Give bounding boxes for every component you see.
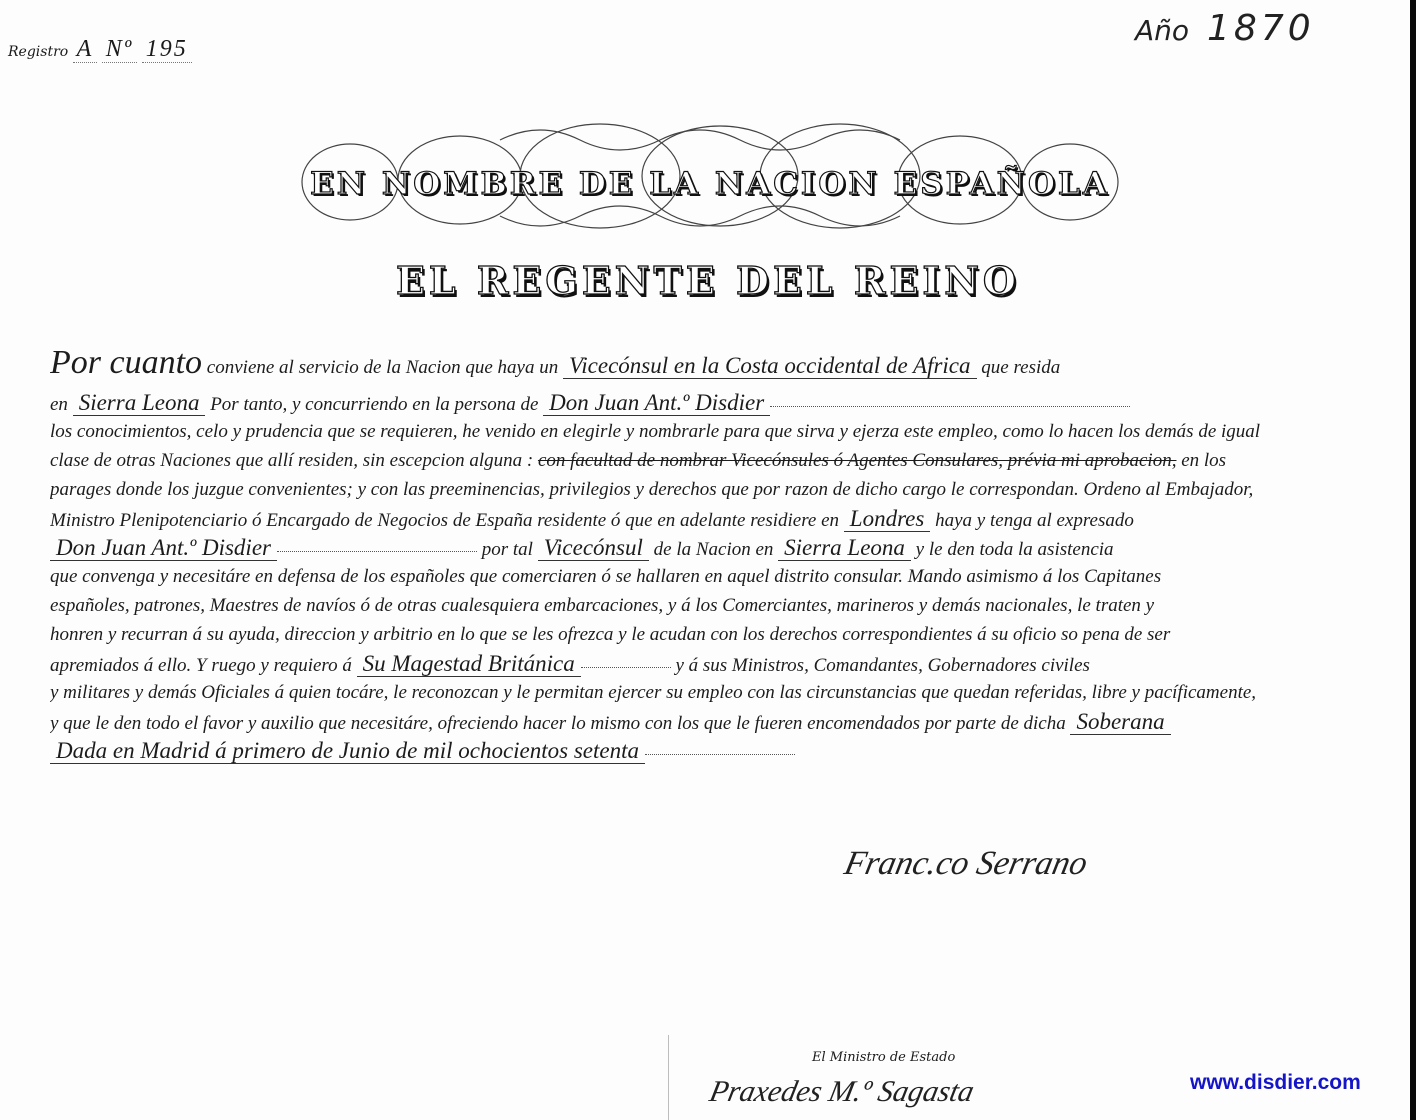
body-line: honren y recurran á su ayuda, direccion … — [50, 620, 1390, 649]
title-nation: EN NOMBRE DE LA NACION ESPAÑOLA — [300, 166, 1120, 202]
handwritten-fill: Don Juan Ant.º Disdier — [543, 390, 770, 416]
body-line: los conocimientos, celo y prudencia que … — [50, 417, 1390, 446]
date-line: Dada en Madrid á primero de Junio de mil… — [50, 738, 645, 764]
line-text: de la Nacion en — [649, 539, 778, 560]
line-text: que resida — [977, 357, 1061, 378]
body-line: Dada en Madrid á primero de Junio de mil… — [50, 736, 1390, 765]
body-line: Por cuanto conviene al servicio de la Na… — [50, 330, 1390, 388]
line-text: conviene al servicio de la Nacion que ha… — [202, 357, 563, 378]
minister-label: El Ministro de Estado — [812, 1050, 955, 1065]
body-line: apremiados á ello. Y ruego y requiero á … — [50, 649, 1390, 678]
fold-line — [668, 1035, 669, 1120]
year-label: Año — [1135, 14, 1189, 47]
line-text: apremiados á ello. Y ruego y requiero á — [50, 655, 357, 676]
registro-label: Registro — [8, 44, 68, 60]
body-line: y que le den todo el favor y auxilio que… — [50, 707, 1390, 736]
handwritten-fill: Su Magestad Británica — [357, 651, 581, 677]
registro-no-label: Nº — [102, 36, 137, 63]
line-text: Ministro Plenipotenciario ó Encargado de… — [50, 510, 844, 531]
body-line: Ministro Plenipotenciario ó Encargado de… — [50, 504, 1390, 533]
scan-edge — [1410, 0, 1416, 1120]
handwritten-fill: Soberana — [1070, 709, 1170, 735]
line-text: en los — [1176, 450, 1226, 471]
handwritten-fill: Vicecónsul en la Costa occidental de Afr… — [563, 353, 977, 379]
line-text: y que le den todo el favor y auxilio que… — [50, 713, 1070, 734]
line-text: Por tanto, y concurriendo en la persona … — [205, 394, 543, 415]
handwritten-fill: Sierra Leona — [73, 390, 206, 416]
registro-series: A — [73, 36, 98, 63]
body-line: parages donde los juzgue convenientes; y… — [50, 475, 1390, 504]
handwritten-fill: Sierra Leona — [778, 535, 911, 561]
line-text: por tal — [477, 539, 538, 560]
line-text: y á sus Ministros, Comandantes, Gobernad… — [671, 655, 1090, 676]
line-text: haya y tenga al expresado — [930, 510, 1134, 531]
title-regent: EL REGENTE DEL REINO — [0, 258, 1416, 303]
document-body: Por cuanto conviene al servicio de la Na… — [50, 330, 1390, 765]
struck-text: con facultad de nombrar Vicecónsules ó A… — [538, 450, 1177, 471]
line-text: y le den toda la asistencia — [911, 539, 1114, 560]
line-text: en — [50, 394, 73, 415]
handwritten-fill: Don Juan Ant.º Disdier — [50, 535, 277, 561]
registro-number: Registro A Nº 195 — [8, 36, 192, 63]
handwritten-fill: Vicecónsul — [538, 535, 649, 561]
body-line: clase de otras Naciones que allí residen… — [50, 446, 1390, 475]
body-line: y militares y demás Oficiales á quien to… — [50, 678, 1390, 707]
body-line: en Sierra Leona Por tanto, y concurriend… — [50, 388, 1390, 417]
body-line: que convenga y necesitáre en defensa de … — [50, 562, 1390, 591]
title-cartouche: EN NOMBRE DE LA NACION ESPAÑOLA — [300, 120, 1120, 230]
line-text: clase de otras Naciones que allí residen… — [50, 450, 538, 471]
year-annotation: Año1870 — [1135, 8, 1315, 49]
regent-signature: Franc.co Serrano — [841, 845, 1091, 883]
handwritten-fill: Londres — [844, 506, 931, 532]
registro-value: 195 — [142, 36, 192, 63]
minister-signature: Praxedes M.º Sagasta — [706, 1075, 977, 1109]
body-line: Don Juan Ant.º Disdier por tal Vicecónsu… — [50, 533, 1390, 562]
website-watermark: www.disdier.com — [1190, 1071, 1361, 1095]
opening-phrase: Por cuanto — [50, 344, 202, 381]
body-line: españoles, patrones, Maestres de navíos … — [50, 591, 1390, 620]
year-value: 1870 — [1207, 8, 1315, 49]
